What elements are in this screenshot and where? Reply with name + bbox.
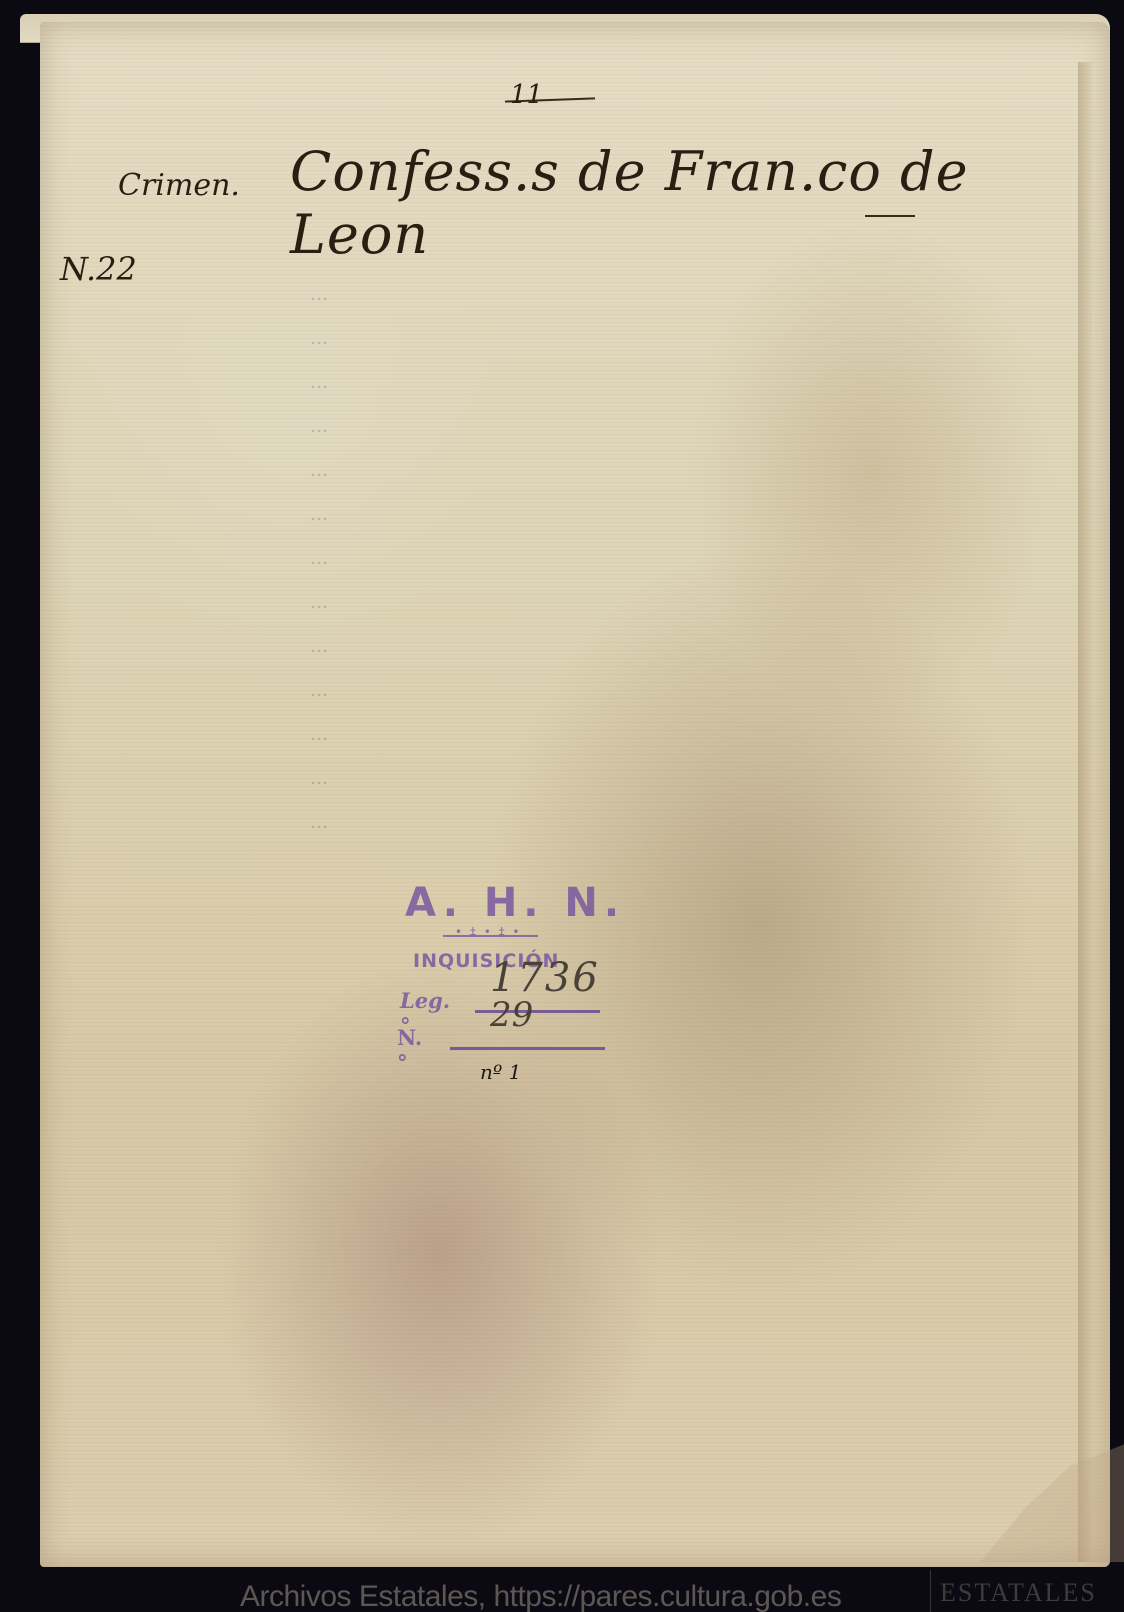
folio-number: 11 (510, 80, 543, 110)
title-flourish (865, 215, 915, 217)
document-title: Confess.s de Fran.co de Leon (290, 140, 1124, 266)
faint-line: ... (310, 492, 830, 536)
stamp-archive-name: A. H. N. (405, 880, 625, 926)
faint-line: ... (310, 404, 830, 448)
faint-line: ... (310, 580, 830, 624)
faint-line: ... (310, 624, 830, 668)
stamp-ornament-icon (443, 935, 538, 937)
numero-value: 29 (490, 995, 533, 1035)
margin-note: Crimen. (118, 168, 240, 203)
faint-line: ... (310, 668, 830, 712)
faint-line: ... (310, 272, 830, 316)
faint-line: ... (310, 800, 830, 844)
watermark-divider (930, 1570, 931, 1612)
faint-line: ... (310, 360, 830, 404)
faint-line: ... (310, 448, 830, 492)
faint-line: ... (310, 756, 830, 800)
margin-number: N.22 (60, 250, 137, 288)
faint-line: ... (310, 536, 830, 580)
faint-line: ... (310, 712, 830, 756)
faint-line: ... (310, 316, 830, 360)
stamp-numero-label: N.° (397, 1025, 422, 1075)
watermark-logo-text: ESTATALES (940, 1578, 1097, 1608)
stamp-numero-line (450, 1047, 605, 1050)
archive-watermark: Archivos Estatales, https://pares.cultur… (240, 1580, 841, 1612)
sub-number: nº 1 (480, 1060, 521, 1084)
bleed-through-text: ... ... ... ... ... ... ... ... ... ... … (310, 272, 830, 844)
torn-corner (980, 1442, 1124, 1562)
page-fold-edge (1078, 62, 1092, 1562)
